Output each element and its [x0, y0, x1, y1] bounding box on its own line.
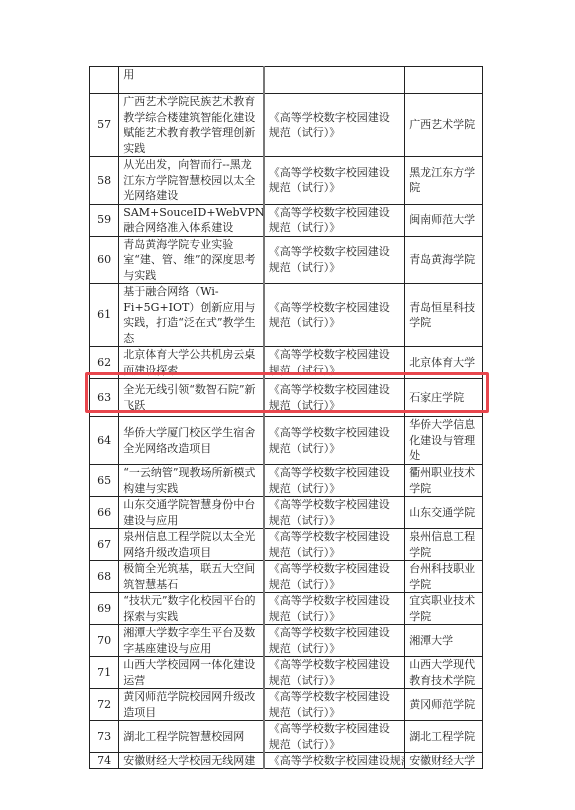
row-number-cell: 66 — [90, 497, 119, 529]
project-table: 用57广西艺术学院民族艺术教育教学综合楼建筑智能化建设赋能艺术教育教学管理创新实… — [89, 66, 483, 769]
project-name-cell: 山东交通学院智慧身份中台建设与应用 — [119, 497, 264, 529]
organization-cell: 湘潭大学 — [405, 625, 483, 657]
project-name-cell: SAM+SouceID+WebVPN 融合网络准入体系建设 — [119, 204, 264, 236]
project-name-cell: 全光无线引领“数智石院”新飞跃 — [119, 379, 264, 417]
organization-cell: 闽南师范大学 — [405, 204, 483, 236]
row-number-cell: 68 — [90, 561, 119, 593]
organization-cell — [405, 67, 483, 94]
organization-cell: 宜宾职业技术学院 — [405, 593, 483, 625]
row-number-cell: 71 — [90, 657, 119, 689]
row-number-cell: 65 — [90, 465, 119, 497]
row-number-cell: 69 — [90, 593, 119, 625]
table-row: 74安徽财经大学校园无线网建《高等学校数字校园建设规范（试行）》安徽财经大学 — [90, 753, 483, 769]
row-number-cell: 59 — [90, 204, 119, 236]
project-name-cell: 湖北工程学院智慧校园网 — [119, 721, 264, 753]
project-name-cell: “技状元”数字化校园平台的探索与实践 — [119, 593, 264, 625]
table-row: 60青岛黄海学院专业实验室“建、管、维”的深度思考与实践《高等学校数字校园建设规… — [90, 236, 483, 284]
standard-ref-cell: 《高等学校数字校园建设规范（试行）》 — [264, 157, 405, 205]
row-number-cell: 63 — [90, 379, 119, 417]
organization-cell: 华侨大学信息化建设与管理处 — [405, 417, 483, 465]
standard-ref-cell: 《高等学校数字校园建设规范（试行）》 — [264, 465, 405, 497]
standard-ref-cell: 《高等学校数字校园建设规范（试行）》 — [264, 561, 405, 593]
project-name-cell: 基于融合网络（Wi-Fi+5G+IOT）创新应用与实践，打造“泛在式”教学生态 — [119, 284, 264, 347]
project-name-cell: 山西大学校园网一体化建设运营 — [119, 657, 264, 689]
table-row: 62北京体育大学公共机房云桌面建设探索《高等学校数字校园建设规范（试行）》北京体… — [90, 347, 483, 379]
standard-ref-cell: 《高等学校数字校园建设规范（试行）》 — [264, 593, 405, 625]
standard-ref-cell: 《高等学校数字校园建设规范（试行）》 — [264, 657, 405, 689]
standard-ref-cell: 《高等学校数字校园建设规范（试行）》 — [264, 204, 405, 236]
standard-ref-cell — [264, 67, 405, 94]
row-number-cell: 64 — [90, 417, 119, 465]
table-row: 57广西艺术学院民族艺术教育教学综合楼建筑智能化建设赋能艺术教育教学管理创新实践… — [90, 94, 483, 157]
standard-ref-cell: 《高等学校数字校园建设规范（试行）》 — [264, 625, 405, 657]
standard-ref-cell: 《高等学校数字校园建设规范（试行）》 — [264, 417, 405, 465]
row-number-cell: 58 — [90, 157, 119, 205]
row-number-cell: 62 — [90, 347, 119, 379]
table-row: 68极简全光筑基，联五大空间筑智慧基石《高等学校数字校园建设规范（试行）》台州科… — [90, 561, 483, 593]
project-name-cell: 华侨大学厦门校区学生宿舍全光网络改造项目 — [119, 417, 264, 465]
project-name-cell: “一云纳管”现教场所新模式构建与实践 — [119, 465, 264, 497]
project-name-cell: 湘潭大学数字孪生平台及数字基座建设与应用 — [119, 625, 264, 657]
standard-ref-cell: 《高等学校数字校园建设规范（试行）》 — [264, 284, 405, 347]
table-row: 72黄冈师范学院校园网升级改造项目《高等学校数字校园建设规范（试行）》黄冈师范学… — [90, 689, 483, 721]
table-row: 65“一云纳管”现教场所新模式构建与实践《高等学校数字校园建设规范（试行）》衢州… — [90, 465, 483, 497]
organization-cell: 广西艺术学院 — [405, 94, 483, 157]
row-number-cell: 61 — [90, 284, 119, 347]
standard-ref-cell: 《高等学校数字校园建设规范（试行）》 — [264, 529, 405, 561]
organization-cell: 台州科技职业学院 — [405, 561, 483, 593]
row-number-cell: 70 — [90, 625, 119, 657]
table-row: 58从光出发，向智而行--黑龙江东方学院智慧校园以太全光网络建设《高等学校数字校… — [90, 157, 483, 205]
standard-ref-cell: 《高等学校数字校园建设规范（试行）》 — [264, 94, 405, 157]
organization-cell: 北京体育大学 — [405, 347, 483, 379]
project-name-cell: 黄冈师范学院校园网升级改造项目 — [119, 689, 264, 721]
organization-cell: 黑龙江东方学院 — [405, 157, 483, 205]
project-name-cell: 北京体育大学公共机房云桌面建设探索 — [119, 347, 264, 379]
table-row: 70湘潭大学数字孪生平台及数字基座建设与应用《高等学校数字校园建设规范（试行）》… — [90, 625, 483, 657]
project-name-cell: 泉州信息工程学院以太全光网络升级改造项目 — [119, 529, 264, 561]
row-number-cell: 73 — [90, 721, 119, 753]
table-row-highlighted: 63全光无线引领“数智石院”新飞跃《高等学校数字校园建设规范（试行）》石家庄学院 — [90, 379, 483, 417]
organization-cell: 山西大学现代教育技术学院 — [405, 657, 483, 689]
row-number-cell: 74 — [90, 753, 119, 769]
organization-cell: 石家庄学院 — [405, 379, 483, 417]
table-row: 用 — [90, 67, 483, 94]
organization-cell: 安徽财经大学 — [405, 753, 483, 769]
standard-ref-cell: 《高等学校数字校园建设规范（试行）》 — [264, 236, 405, 284]
standard-ref-cell: 《高等学校数字校园建设规范（试行）》 — [264, 497, 405, 529]
table-row: 61基于融合网络（Wi-Fi+5G+IOT）创新应用与实践，打造“泛在式”教学生… — [90, 284, 483, 347]
standard-ref-cell: 《高等学校数字校园建设规范（试行）》 — [264, 347, 405, 379]
project-name-cell: 用 — [119, 67, 264, 94]
standard-ref-cell: 《高等学校数字校园建设规范（试行）》 — [264, 379, 405, 417]
organization-cell: 山东交通学院 — [405, 497, 483, 529]
standard-ref-cell: 《高等学校数字校园建设规范（试行）》 — [264, 689, 405, 721]
organization-cell: 湖北工程学院 — [405, 721, 483, 753]
project-name-cell: 极简全光筑基，联五大空间筑智慧基石 — [119, 561, 264, 593]
row-number-cell — [90, 67, 119, 94]
row-number-cell: 57 — [90, 94, 119, 157]
organization-cell: 青岛黄海学院 — [405, 236, 483, 284]
standard-ref-cell: 《高等学校数字校园建设规范（试行）》 — [264, 753, 405, 769]
project-name-cell: 从光出发，向智而行--黑龙江东方学院智慧校园以太全光网络建设 — [119, 157, 264, 205]
organization-cell: 黄冈师范学院 — [405, 689, 483, 721]
project-name-cell: 青岛黄海学院专业实验室“建、管、维”的深度思考与实践 — [119, 236, 264, 284]
organization-cell: 衢州职业技术学院 — [405, 465, 483, 497]
table-row: 67泉州信息工程学院以太全光网络升级改造项目《高等学校数字校园建设规范（试行）》… — [90, 529, 483, 561]
table-row: 59SAM+SouceID+WebVPN 融合网络准入体系建设《高等学校数字校园… — [90, 204, 483, 236]
table-row: 71山西大学校园网一体化建设运营《高等学校数字校园建设规范（试行）》山西大学现代… — [90, 657, 483, 689]
row-number-cell: 72 — [90, 689, 119, 721]
organization-cell: 泉州信息工程学院 — [405, 529, 483, 561]
project-name-cell: 广西艺术学院民族艺术教育教学综合楼建筑智能化建设赋能艺术教育教学管理创新实践 — [119, 94, 264, 157]
row-number-cell: 67 — [90, 529, 119, 561]
table-row: 64华侨大学厦门校区学生宿舍全光网络改造项目《高等学校数字校园建设规范（试行）》… — [90, 417, 483, 465]
table-row: 69“技状元”数字化校园平台的探索与实践《高等学校数字校园建设规范（试行）》宜宾… — [90, 593, 483, 625]
project-name-cell: 安徽财经大学校园无线网建 — [119, 753, 264, 769]
standard-ref-cell: 《高等学校数字校园建设规范（试行）》 — [264, 721, 405, 753]
table-row: 66山东交通学院智慧身份中台建设与应用《高等学校数字校园建设规范（试行）》山东交… — [90, 497, 483, 529]
table-row: 73湖北工程学院智慧校园网《高等学校数字校园建设规范（试行）》湖北工程学院 — [90, 721, 483, 753]
row-number-cell: 60 — [90, 236, 119, 284]
organization-cell: 青岛恒星科技学院 — [405, 284, 483, 347]
